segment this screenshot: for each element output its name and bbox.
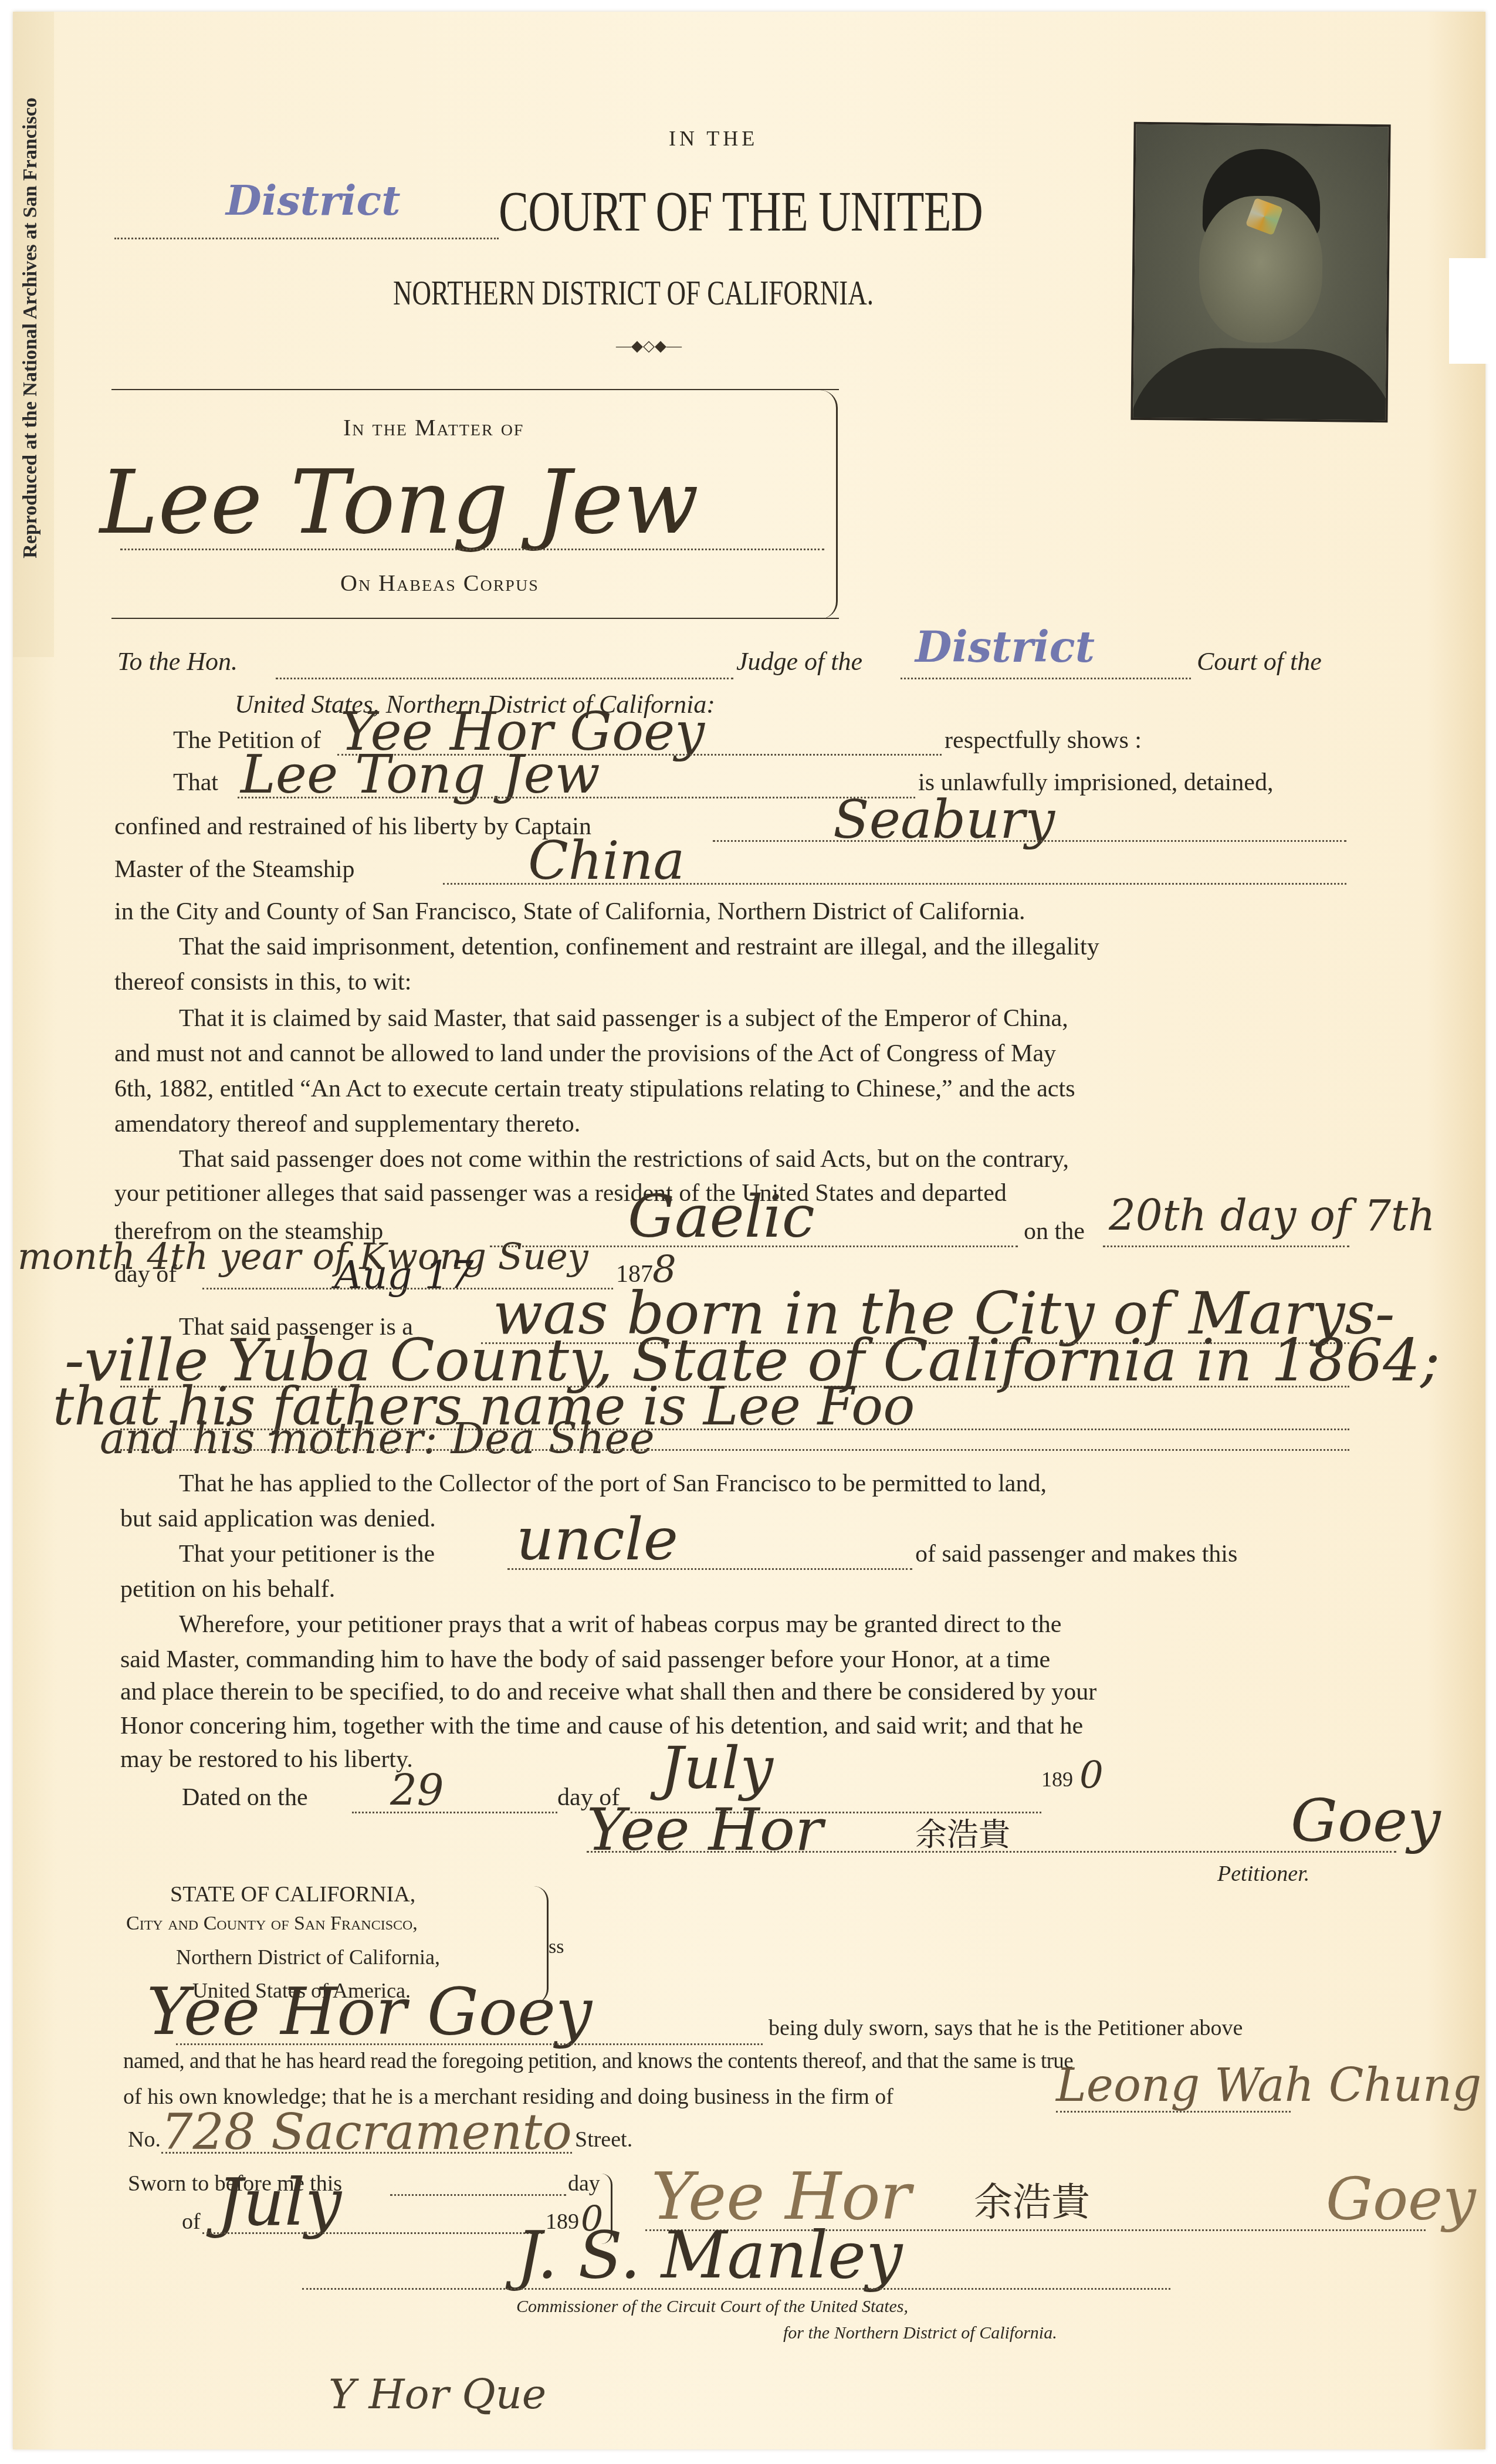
affiant-name: Yee Hor Goey — [147, 1974, 592, 2049]
firm-name: Leong Wah Chung — [1056, 2059, 1481, 2112]
address-line — [161, 2152, 572, 2154]
p2-line2: and must not and cannot be allowed to la… — [114, 1040, 1056, 1068]
court-title: COURT OF THE UNITED — [499, 179, 983, 245]
portrait-photo — [1131, 122, 1390, 423]
sworn-day-label: day — [568, 2171, 600, 2196]
that-label: That — [173, 769, 218, 797]
dated-month: July — [660, 1734, 773, 1802]
venue-line1: STATE OF CALIFORNIA, — [170, 1881, 415, 1907]
dated-day-line — [352, 1812, 557, 1813]
commissioner-title1: Commissioner of the Circuit Court of the… — [516, 2297, 908, 2317]
ss-label: ss — [549, 1936, 564, 1958]
p7-line5: may be restored to his liberty. — [120, 1745, 413, 1773]
relationship-line — [507, 1568, 912, 1570]
affiant-name-line — [176, 2043, 763, 2045]
header-in-the: IN THE — [669, 126, 758, 151]
court-name-line — [901, 678, 1191, 679]
p2-line4: amendatory thereof and supplementary the… — [114, 1110, 580, 1138]
in-the-matter-of: In the Matter of — [343, 414, 524, 441]
departure-day: 20th day of 7th — [1109, 1191, 1435, 1240]
commissioner-title2: for the Northern District of California. — [783, 2323, 1057, 2343]
court-name-stamp: District — [915, 622, 1095, 672]
captain-name-line — [713, 840, 1346, 842]
dated-on-the: Dated on the — [182, 1783, 308, 1812]
p2-line1: That it is claimed by said Master, that … — [179, 1004, 1068, 1033]
petitioner-signature: Yee Hor — [587, 1795, 823, 1864]
on-habeas-corpus: On Habeas Corpus — [340, 569, 539, 597]
petitioner-label: Petitioner. — [1217, 1861, 1309, 1887]
p4-handwritten-4: and his mother: Dea Shee — [100, 1414, 655, 1463]
sworn-of-label: of — [182, 2209, 201, 2235]
commissioner-signature-line — [302, 2288, 1170, 2290]
day-of-label: day of — [114, 1260, 177, 1288]
to-the-hon-label: To the Hon. — [117, 647, 238, 676]
dated-year-printed: 189 — [1041, 1767, 1073, 1792]
p7-line3: and place therein to be specified, to do… — [120, 1678, 1096, 1706]
relationship: uncle — [516, 1505, 678, 1573]
departure-date: Aug 17 — [334, 1253, 473, 1298]
steamship-name-line — [443, 883, 1346, 885]
firm-name-line — [1056, 2111, 1291, 2113]
p6-line2: petition on his behalf. — [120, 1575, 335, 1603]
sworn-day-line — [390, 2194, 566, 2196]
p3-line1: That said passenger does not come within… — [179, 1145, 1069, 1173]
street-label: Street. — [575, 2127, 632, 2152]
venue-line2: City and County of San Francisco, — [126, 1913, 418, 1935]
ornament-divider: —◆◇◆— — [616, 337, 682, 355]
dated-year-digit: 0 — [1079, 1754, 1104, 1798]
p7-line4: Honor concering him, together with the t… — [120, 1712, 1083, 1740]
p2-line3: 6th, 1882, entitled “An Act to execute c… — [114, 1075, 1075, 1103]
petitioner-signature-chinese: 余浩貴 — [915, 1810, 1010, 1855]
page-edge-notch — [1449, 258, 1496, 364]
confined-by-captain: confined and restrained of his liberty b… — [114, 813, 591, 841]
matter-box-top-rule — [111, 389, 839, 390]
matter-box-bracket — [818, 390, 838, 619]
judge-of-the-label: Judge of the — [736, 647, 862, 676]
court-of-the-label: Court of the — [1197, 647, 1322, 676]
p1-line1: That the said imprisonment, detention, c… — [179, 933, 1099, 961]
petitioner-signature-line — [587, 1851, 1396, 1853]
dated-day: 29 — [390, 1766, 444, 1815]
city-county-text: in the City and County of San Francisco,… — [114, 898, 1025, 926]
master-of-steamship: Master of the Steamship — [114, 855, 354, 884]
p7-line2: said Master, commanding him to have the … — [120, 1646, 1050, 1674]
subject-name-line — [120, 549, 824, 550]
margin-note: month 4th year of Kwong Suey — [18, 1235, 588, 1278]
sworn-text1: being duly sworn, says that he is the Pe… — [769, 2015, 1243, 2041]
passenger-name-line — [238, 797, 915, 798]
affiant-signature-surname: Goey — [1326, 2165, 1476, 2233]
commissioner-signature: J. S. Manley — [516, 2218, 902, 2293]
petitioner-signature-surname: Goey — [1291, 1786, 1441, 1855]
p6-label: That your petitioner is the — [179, 1540, 435, 1568]
p7-line1: Wherefore, your petitioner prays that a … — [179, 1610, 1061, 1639]
departure-steamship: Gaelic — [628, 1182, 815, 1251]
p6-rest: of said passenger and makes this — [915, 1540, 1237, 1568]
archive-strip: Reproduced at the National Archives at S… — [13, 12, 54, 657]
court-type-stamp: District — [226, 176, 400, 225]
respectfully-shows: respectfully shows : — [945, 726, 1142, 754]
sworn-month-line — [202, 2232, 543, 2234]
p1-line2: thereof consists in this, to wit: — [114, 968, 411, 996]
on-the-label: on the — [1024, 1217, 1085, 1245]
p5-line2: but said application was denied. — [120, 1505, 436, 1533]
sworn-text2: named, and that he has heard read the fo… — [123, 2049, 1073, 2074]
p5-line1: That he has applied to the Collector of … — [179, 1470, 1047, 1498]
p3-line2: your petitioner alleges that said passen… — [114, 1179, 1007, 1207]
affiant-signature-chinese: 余浩貴 — [974, 2171, 1090, 2226]
no-label: No. — [128, 2127, 161, 2152]
district-title: NORTHERN DISTRICT OF CALIFORNIA. — [393, 273, 874, 313]
p4-line4 — [120, 1449, 1349, 1451]
matter-box-bottom-rule — [111, 618, 839, 619]
venue-line3: Northern District of California, — [176, 1945, 440, 1969]
photo-body — [1131, 347, 1390, 423]
subject-name: Lee Tong Jew — [100, 452, 699, 554]
departure-day-line — [1103, 1245, 1349, 1247]
archive-label: Reproduced at the National Archives at S… — [19, 35, 42, 621]
sworn-month: July — [217, 2165, 341, 2240]
bottom-note: Y Hor Que — [329, 2370, 546, 2418]
court-type-line — [114, 238, 499, 239]
judge-name-line — [276, 678, 733, 679]
